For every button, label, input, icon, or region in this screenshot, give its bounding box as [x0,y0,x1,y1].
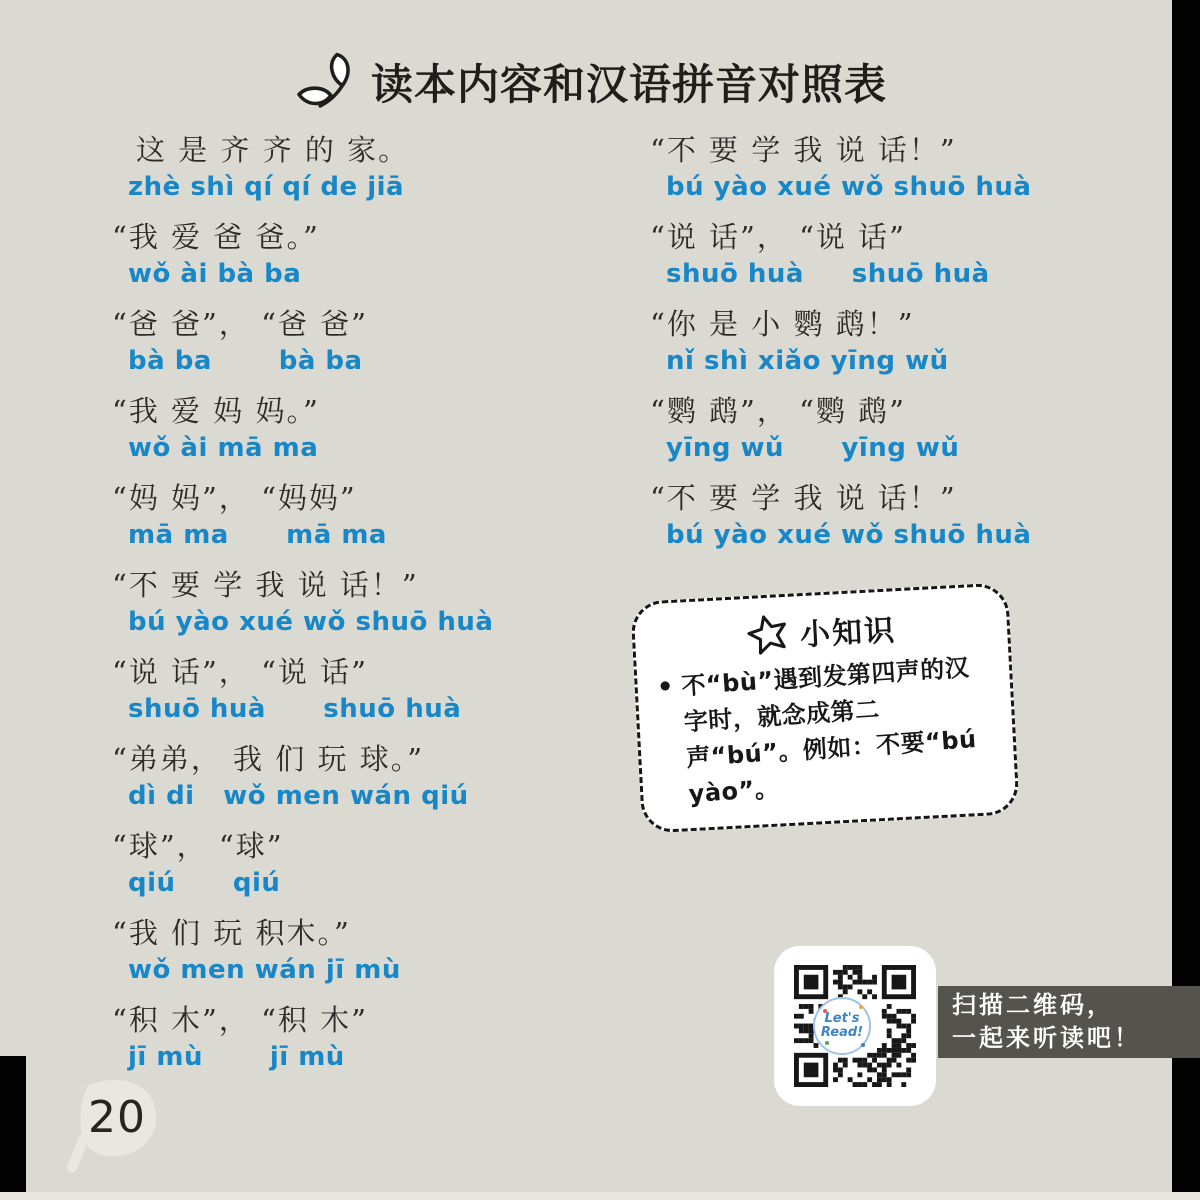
pinyin-line: zhè shì qí qí de jiā [112,170,532,204]
right-column: “不 要 学 我 说 话！” bú yào xué wǒ shuō huà “说… [650,130,1070,565]
pinyin-line: wǒ men wán jī mù [112,953,532,987]
sprout-leaf-icon [285,51,359,113]
pinyin-line: jī mù jī mù [112,1040,532,1074]
tip-box: 小知识 • 不“bù”遇到发第四声的汉字时，就念成第二声“bú”。例如：不要“b… [630,582,1020,833]
chinese-line: “积 木”， “积 木” [112,1000,532,1040]
logo-text: Read! [821,1026,863,1040]
entry: “我 爱 妈 妈。” wǒ ài mā ma [112,391,532,465]
entry: “说 话”， “说 话” shuō huà shuō huà [112,652,532,726]
pinyin-line: bà ba bà ba [112,344,532,378]
pinyin-line: wǒ ài bà ba [112,257,532,291]
entry: “说 话”， “说 话” shuō huà shuō huà [650,217,1070,291]
pinyin-line: mā ma mā ma [112,518,532,552]
pinyin-line: bú yào xué wǒ shuō huà [112,605,532,639]
entry: “不 要 学 我 说 话！” bú yào xué wǒ shuō huà [650,130,1070,204]
qr-code: Let's Read! [794,965,916,1087]
pinyin-line: wǒ ài mā ma [112,431,532,465]
entry: “不 要 学 我 说 话！” bú yào xué wǒ shuō huà [650,478,1070,552]
tip-text: 不“bù”遇到发第四声的汉字时，就念成第二声“bú”。例如：不要“bú yào”… [680,648,996,812]
pinyin-line: bú yào xué wǒ shuō huà [650,518,1070,552]
left-column: 这 是 齐 齐 的 家。 zhè shì qí qí de jiā “我 爱 爸… [112,130,532,1087]
entry: “我 们 玩 积木。” wǒ men wán jī mù [112,913,532,987]
tip-title: 小知识 [799,605,897,654]
chinese-line: “你 是 小 鹦 鹉！” [650,304,1070,344]
entry: “鹦 鹉”， “鹦 鹉” yīng wǔ yīng wǔ [650,391,1070,465]
chinese-line: “我 们 玩 积木。” [112,913,532,953]
page-title: 读本内容和汉语拼音对照表 [371,52,887,112]
page-header: 读本内容和汉语拼音对照表 [0,52,1172,112]
tip-body: • 不“bù”遇到发第四声的汉字时，就念成第二声“bú”。例如：不要“bú yà… [656,648,997,814]
confetti-dot [859,1005,863,1009]
chinese-line: “不 要 学 我 说 话！” [650,478,1070,518]
page-number-leaf: 20 [58,1076,168,1176]
pinyin-line: dì di wǒ men wán qiú [112,779,532,813]
pinyin-line: yīng wǔ yīng wǔ [650,431,1070,465]
chinese-line: “鹦 鹉”， “鹦 鹉” [650,391,1070,431]
chinese-line: “妈 妈”， “妈妈” [112,478,532,518]
lets-read-logo: Let's Read! [813,997,871,1055]
page-number: 20 [82,1092,152,1143]
scan-edge-left [0,1056,26,1192]
pinyin-line: shuō huà shuō huà [112,692,532,726]
entry: “爸 爸”， “爸 爸” bà ba bà ba [112,304,532,378]
entry: “妈 妈”， “妈妈” mā ma mā ma [112,478,532,552]
banner-line: 一起来听读吧！ [952,1022,1200,1055]
scan-banner: 扫描二维码， 一起来听读吧！ [938,986,1200,1058]
chinese-line: “我 爱 妈 妈。” [112,391,532,431]
chinese-line: “不 要 学 我 说 话！” [650,130,1070,170]
chinese-line: 这 是 齐 齐 的 家。 [112,130,532,170]
chinese-line: “我 爱 爸 爸。” [112,217,532,257]
chinese-line: “球”， “球” [112,826,532,866]
pinyin-line: nǐ shì xiǎo yīng wǔ [650,344,1070,378]
scan-edge-bottom [0,1192,1200,1200]
entry: “积 木”， “积 木” jī mù jī mù [112,1000,532,1074]
chinese-line: “弟弟， 我 们 玩 球。” [112,739,532,779]
pinyin-line: qiú qiú [112,866,532,900]
qr-card: Let's Read! [774,946,936,1106]
chinese-line: “爸 爸”， “爸 爸” [112,304,532,344]
logo-text: Let's [824,1012,859,1026]
chinese-line: “不 要 学 我 说 话！” [112,565,532,605]
pinyin-line: shuō huà shuō huà [650,257,1070,291]
star-icon [745,612,791,656]
confetti-dot [861,1043,865,1047]
bullet-dot: • [656,669,682,814]
confetti-dot [825,1041,829,1045]
banner-line: 扫描二维码， [952,989,1200,1022]
confetti-dot [823,1009,827,1013]
entry: “不 要 学 我 说 话！” bú yào xué wǒ shuō huà [112,565,532,639]
chinese-line: “说 话”， “说 话” [650,217,1070,257]
pinyin-line: bú yào xué wǒ shuō huà [650,170,1070,204]
entry: “你 是 小 鹦 鹉！” nǐ shì xiǎo yīng wǔ [650,304,1070,378]
chinese-line: “说 话”， “说 话” [112,652,532,692]
entry: “球”， “球” qiú qiú [112,826,532,900]
entry: “弟弟， 我 们 玩 球。” dì di wǒ men wán qiú [112,739,532,813]
entry: “我 爱 爸 爸。” wǒ ài bà ba [112,217,532,291]
entry: 这 是 齐 齐 的 家。 zhè shì qí qí de jiā [112,130,532,204]
